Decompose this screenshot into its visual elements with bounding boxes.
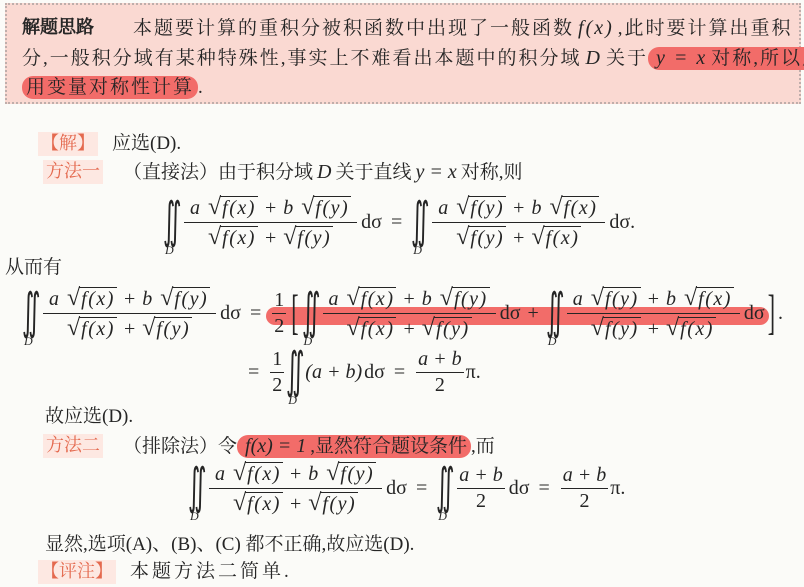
- radicand: f(x): [79, 317, 117, 339]
- radicand: f(y): [468, 196, 506, 218]
- square-root: √f(y): [160, 286, 210, 310]
- coefficient: a: [573, 287, 583, 311]
- result-fraction: a + b 2: [416, 349, 464, 396]
- differential: dσ: [220, 302, 241, 325]
- coefficient: b: [142, 287, 152, 311]
- fraction: a√f(x)+b√f(y) √f(x)+√f(y): [323, 286, 496, 341]
- differential: dσ: [500, 302, 521, 325]
- double-integral: ∬D: [286, 347, 304, 397]
- denominator: 2: [270, 373, 284, 396]
- equation-1: ∬D a√f(x)+b√f(y) √f(x)+√f(y) dσ = ∬D a√f…: [163, 197, 635, 247]
- method-1-label: 方法一: [43, 160, 103, 184]
- math-inline: f(x) = 1: [245, 435, 306, 457]
- method-2-text: （排除法）令f(x) = 1,显然符合题设条件,而: [123, 434, 495, 458]
- operator: +: [265, 226, 276, 250]
- radicand: f(y): [295, 226, 333, 248]
- numerator: a + b: [416, 349, 464, 373]
- highlight-mark: y = x对称,所以应: [648, 47, 804, 70]
- integration-domain: D: [190, 510, 199, 522]
- numerator: a√f(x)+b√f(y): [209, 461, 382, 489]
- double-integral: ∬D: [163, 197, 181, 247]
- hint-line-2: 分,一般积分域有某种特殊性,事实上不难看出本题中的积分域D关于y = x对称,所…: [22, 46, 785, 70]
- period: .: [778, 302, 783, 325]
- method-2-label: 方法二: [43, 434, 103, 458]
- square-root: √f(y): [456, 225, 506, 249]
- operator: +: [648, 317, 659, 341]
- body-text: 关于直线: [335, 162, 411, 183]
- square-root: √f(x): [666, 316, 716, 340]
- coefficient: a: [438, 196, 448, 220]
- denominator: √f(y)+√f(x): [567, 314, 740, 341]
- fraction: a√f(x)+b√f(y) √f(x)+√f(y): [43, 286, 216, 341]
- radicand: f(y): [434, 317, 472, 339]
- hint-text: 本题要计算的重积分被积函数中出现了一般函数: [133, 18, 574, 39]
- fraction: a + b 2: [457, 465, 505, 512]
- coefficient: a: [215, 462, 225, 486]
- equals-sign: =: [539, 477, 550, 500]
- double-integral-sign: ∬: [163, 197, 181, 246]
- plus-sign: +: [527, 302, 538, 325]
- coefficient: b: [666, 287, 676, 311]
- pi-tail: π.: [466, 361, 481, 384]
- numerator: a + b: [457, 465, 505, 489]
- operator: +: [403, 317, 414, 341]
- highlight-mark: f(x) = 1,显然符合题设条件: [237, 435, 471, 458]
- coefficient: b: [531, 196, 541, 220]
- radicand: f(y): [603, 287, 641, 309]
- coefficient: b: [308, 462, 318, 486]
- hint-text: .: [198, 77, 205, 98]
- integration-domain: D: [413, 244, 422, 256]
- radicand: f(y): [468, 226, 506, 248]
- radicand: f(x): [544, 226, 582, 248]
- radicand: f(y): [154, 317, 192, 339]
- integral-term: ∬D a√f(x)+b√f(y) √f(x)+√f(y) dσ: [163, 195, 382, 250]
- comment-label: 【评注】: [38, 560, 116, 584]
- integration-domain: D: [548, 335, 557, 347]
- radicand: f(x): [220, 226, 258, 248]
- solution-answer: 应选(D).: [112, 132, 181, 156]
- denominator: √f(x)+√f(y): [43, 314, 216, 341]
- numerator: a√f(y)+b√f(x): [432, 195, 605, 223]
- double-integral-sign: ∬: [188, 463, 206, 512]
- hint-line-1: 本题要计算的重积分被积函数中出现了一般函数f(x),此时要计算出重积: [133, 16, 785, 40]
- radicand: f(y): [338, 462, 376, 484]
- integration-domain: D: [288, 394, 297, 406]
- square-root: √f(x): [347, 316, 397, 340]
- radicand: f(x): [359, 287, 397, 309]
- radicand: f(x): [245, 462, 283, 484]
- differential: dσ: [744, 302, 765, 325]
- differential: dσ: [361, 211, 382, 234]
- square-root: √f(x): [347, 286, 397, 310]
- coefficient: a: [49, 287, 59, 311]
- radicand: f(y): [313, 196, 351, 218]
- operator: +: [513, 226, 524, 250]
- math-inline: D: [317, 161, 331, 183]
- numerator: 1: [272, 290, 286, 314]
- integrand: (a + b): [305, 361, 362, 384]
- radicand: f(x): [562, 196, 600, 218]
- equation-3: = 1 2 ∬D (a + b) dσ = a + b 2 π.: [248, 347, 481, 397]
- hint-line-3: 用变量对称性计算.: [22, 76, 205, 100]
- hint-text: 关于: [606, 48, 648, 69]
- math-inline: y = x: [415, 161, 456, 183]
- double-integral-sign: ∬: [436, 463, 454, 512]
- operator: +: [124, 317, 135, 341]
- operator: +: [290, 492, 301, 516]
- integral-term: ∬D a√f(y)+b√f(x) √f(y)+√f(x) dσ: [546, 286, 765, 341]
- operator: +: [290, 462, 301, 486]
- body-text: ,而: [471, 436, 495, 457]
- denominator: √f(x)+√f(y): [323, 314, 496, 341]
- square-root: √f(x): [67, 316, 117, 340]
- square-root: √f(x): [233, 491, 283, 515]
- equals-sign: =: [394, 361, 405, 384]
- fraction: a√f(y)+b√f(x) √f(y)+√f(x): [567, 286, 740, 341]
- body-text: （直接法）由于积分域: [123, 162, 313, 183]
- denominator: 2: [416, 373, 464, 396]
- fraction: a√f(y)+b√f(x) √f(y)+√f(x): [432, 195, 605, 250]
- operator: +: [403, 287, 414, 311]
- radicand: f(x): [678, 317, 716, 339]
- textbook-page: 解题思路 本题要计算的重积分被积函数中出现了一般函数f(x),此时要计算出重积 …: [0, 0, 804, 587]
- conclusion-2: 显然,选项(A)、(B)、(C) 都不正确,故应选(D).: [45, 533, 414, 557]
- math-inline: f(x): [578, 17, 614, 39]
- method-1-text: （直接法）由于积分域D关于直线y = x对称,则: [123, 160, 523, 184]
- highlight-mark: 1 2 [ ∬D a√f(x)+b√f(y) √f(x)+√f(y) dσ + …: [270, 286, 764, 341]
- square-root: √f(y): [283, 225, 333, 249]
- double-integral: ∬D: [411, 197, 429, 247]
- fraction: a√f(x)+b√f(y) √f(x)+√f(y): [184, 195, 357, 250]
- differential: dσ: [364, 361, 385, 384]
- numerator: a√f(x)+b√f(y): [323, 286, 496, 314]
- double-integral: ∬D: [546, 288, 564, 338]
- numerator: 1: [270, 349, 284, 373]
- thus-text: 从而有: [5, 256, 62, 280]
- square-root: √f(x): [208, 225, 258, 249]
- coefficient: b: [283, 196, 293, 220]
- square-root: √f(y): [456, 195, 506, 219]
- denominator: 2: [272, 314, 286, 337]
- square-root: √f(x): [531, 225, 581, 249]
- integral-term: ∬D a√f(x)+b√f(y) √f(x)+√f(y) dσ: [188, 461, 407, 516]
- square-root: √f(y): [326, 461, 376, 485]
- radicand: f(y): [172, 287, 210, 309]
- denominator: √f(y)+√f(x): [432, 223, 605, 250]
- math-inline: y = x: [656, 47, 707, 69]
- radicand: f(x): [220, 196, 258, 218]
- numerator: a√f(x)+b√f(y): [184, 195, 357, 223]
- operator: +: [265, 196, 276, 220]
- radicand: f(y): [603, 317, 641, 339]
- equals-sign: =: [248, 361, 259, 384]
- integral-term: ∬D a + b 2 dσ: [436, 463, 529, 513]
- solution-idea-label: 解题思路: [22, 16, 94, 40]
- hint-text: 分,一般积分域有某种特殊性,事实上不难看出本题中的积分域: [22, 48, 582, 69]
- double-integral-sign: ∬: [302, 288, 320, 337]
- square-root: √f(y): [440, 286, 490, 310]
- differential: dσ: [386, 477, 407, 500]
- square-root: √f(y): [591, 316, 641, 340]
- integration-domain: D: [24, 335, 33, 347]
- differential: dσ.: [609, 211, 635, 234]
- math-inline: D: [586, 47, 602, 69]
- denominator: √f(x)+√f(y): [184, 223, 357, 250]
- differential: dσ: [509, 477, 530, 500]
- hint-text: ,此时要计算出重积: [618, 18, 793, 39]
- fraction: a√f(x)+b√f(y) √f(x)+√f(y): [209, 461, 382, 516]
- left-bracket: [: [291, 284, 298, 341]
- double-integral-sign: ∬: [411, 197, 429, 246]
- comment-text: 本题方法二简单.: [130, 560, 292, 584]
- equals-sign: =: [250, 302, 261, 325]
- numerator: a√f(x)+b√f(y): [43, 286, 216, 314]
- equals-sign: =: [391, 211, 402, 234]
- denominator: √f(x)+√f(y): [209, 489, 382, 516]
- radicand: f(y): [452, 287, 490, 309]
- double-integral-sign: ∬: [286, 347, 304, 396]
- double-integral: ∬D: [22, 288, 40, 338]
- integral-term: ∬D a√f(x)+b√f(y) √f(x)+√f(y) dσ: [22, 286, 241, 341]
- radicand: f(x): [79, 287, 117, 309]
- equation-2: ∬D a√f(x)+b√f(y) √f(x)+√f(y) dσ = 1 2 [ …: [22, 288, 783, 338]
- square-root: √f(y): [422, 316, 472, 340]
- radicand: f(x): [245, 492, 283, 514]
- square-root: √f(x): [684, 286, 734, 310]
- body-text: ,显然符合题设条件: [310, 436, 467, 457]
- double-integral: ∬D: [188, 463, 206, 513]
- square-root: √f(x): [208, 195, 258, 219]
- solution-idea-box: 解题思路 本题要计算的重积分被积函数中出现了一般函数f(x),此时要计算出重积 …: [5, 3, 801, 104]
- integral-term: ∬D a√f(x)+b√f(y) √f(x)+√f(y) dσ: [302, 286, 521, 341]
- integration-domain: D: [165, 244, 174, 256]
- coefficient: b: [422, 287, 432, 311]
- body-text: 对称,则: [461, 162, 523, 183]
- pi-tail: π.: [610, 477, 625, 500]
- operator: +: [513, 196, 524, 220]
- radicand: f(x): [359, 317, 397, 339]
- square-root: √f(y): [142, 316, 192, 340]
- half-fraction: 1 2: [272, 290, 286, 337]
- numerator: a + b: [561, 465, 609, 489]
- square-root: √f(x): [67, 286, 117, 310]
- double-integral-sign: ∬: [546, 288, 564, 337]
- solution-label: 【解】: [38, 132, 98, 156]
- denominator: 2: [457, 489, 505, 512]
- equals-sign: =: [416, 477, 427, 500]
- square-root: √f(y): [591, 286, 641, 310]
- conclusion-1: 故应选(D).: [45, 405, 133, 429]
- square-root: √f(y): [301, 195, 351, 219]
- highlight-mark: 用变量对称性计算: [22, 76, 198, 99]
- radicand: f(y): [320, 492, 358, 514]
- integral-term: ∬D a√f(y)+b√f(x) √f(y)+√f(x) dσ.: [411, 195, 635, 250]
- denominator: 2: [561, 489, 609, 512]
- numerator: a√f(y)+b√f(x): [567, 286, 740, 314]
- double-integral: ∬D: [302, 288, 320, 338]
- hint-text: 对称,所以应: [711, 48, 804, 69]
- square-root: √f(x): [549, 195, 599, 219]
- square-root: √f(y): [308, 491, 358, 515]
- result-fraction: a + b 2: [561, 465, 609, 512]
- right-bracket: ]: [768, 284, 775, 341]
- half-fraction: 1 2: [270, 349, 284, 396]
- coefficient: a: [329, 287, 339, 311]
- body-text: （排除法）令: [123, 436, 237, 457]
- operator: +: [124, 287, 135, 311]
- radicand: f(x): [696, 287, 734, 309]
- coefficient: a: [190, 196, 200, 220]
- double-integral-sign: ∬: [22, 288, 40, 337]
- square-root: √f(x): [233, 461, 283, 485]
- integration-domain: D: [304, 335, 313, 347]
- equation-4: ∬D a√f(x)+b√f(y) √f(x)+√f(y) dσ = ∬D a +…: [188, 463, 625, 513]
- operator: +: [648, 287, 659, 311]
- integration-domain: D: [438, 510, 447, 522]
- double-integral: ∬D: [436, 463, 454, 513]
